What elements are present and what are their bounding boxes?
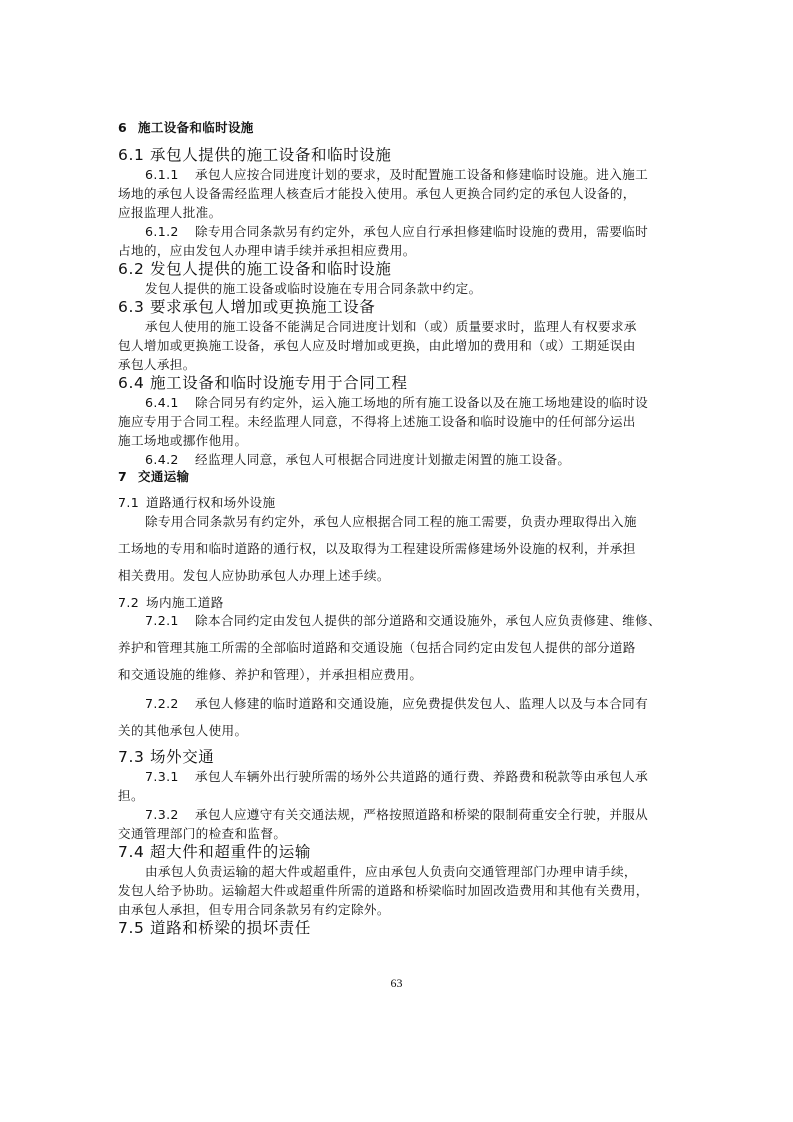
paragraph-6-3-line-1: 承包人使用的施工设备不能满足合同进度计划和（或）质量要求时，监理人有权要求承: [118, 319, 637, 335]
page-number: 63: [0, 976, 793, 991]
paragraph-6-3-line-3: 承包人承担。: [118, 357, 196, 373]
paragraph-6-4-1-line-1: 6.4.1除合同另有约定外，运入施工场地的所有施工设备以及在施工场地建设的临时设: [118, 395, 648, 411]
paragraph-7-2-1-line-3: 和交通设施的维修、养护和管理），并承担相应费用。: [118, 667, 422, 683]
paragraph-7-4-line-2: 发包人给予协助。运输超大件或超重件所需的道路和桥梁临时加固改造费用和其他有关费用…: [118, 883, 649, 899]
paragraph-6-3-line-2: 包人增加或更换施工设备，承包人应及时增加或更换，由此增加的费用和（或）工期延误由: [118, 338, 636, 354]
section-heading-6-2: 6.2发包人提供的施工设备和临时设施: [118, 260, 392, 279]
section-heading-7: 7交通运输: [118, 469, 189, 485]
section-heading-7-3: 7.3场外交通: [118, 748, 214, 767]
paragraph-7-2-1-line-1: 7.2.1除本合同约定由发包人提供的部分道路和交通设施外，承包人应负责修建、维修…: [118, 613, 661, 629]
section-heading-6: 6施工设备和临时设施: [118, 120, 254, 136]
paragraph-7-4-line-3: 由承包人承担，但专用合同条款另有约定除外。: [118, 902, 390, 918]
paragraph-7-3-1-line-2: 担。: [118, 788, 144, 804]
paragraph-6-1-1-line-3: 应报监理人批准。: [118, 205, 222, 221]
paragraph-6-1-2-line-1: 6.1.2除专用合同条款另有约定外，承包人应自行承担修建临时设施的费用，需要临时: [118, 224, 648, 240]
paragraph-6-1-1-line-1: 6.1.1承包人应按合同进度计划的要求，及时配置施工设备和修建临时设施。进入施工: [118, 167, 648, 183]
section-heading-7-2: 7.2场内施工道路: [118, 595, 224, 611]
paragraph-6-1-2-line-2: 占地的，应由发包人办理申请手续并承担相应费用。: [118, 243, 416, 259]
paragraph-6-4-1-line-2: 施应专用于合同工程。未经监理人同意，不得将上述施工设备和临时设施中的任何部分运出: [118, 414, 636, 430]
paragraph-7-2-2-line-2: 关的其他承包人使用。: [118, 723, 247, 739]
section-heading-7-5: 7.5道路和桥梁的损坏责任: [118, 919, 311, 938]
paragraph-6-4-2-line-1: 6.4.2经监理人同意，承包人可根据合同进度计划撤走闲置的施工设备。: [118, 452, 570, 468]
section-heading-6-4: 6.4施工设备和临时设施专用于合同工程: [118, 374, 408, 393]
section-heading-6-3: 6.3要求承包人增加或更换施工设备: [118, 298, 375, 317]
paragraph-6-1-1-line-2: 场地的承包人设备需经监理人核查后才能投入使用。承包人更换合同约定的承包人设备的，: [118, 186, 636, 202]
paragraph-7-3-2-line-1: 7.3.2承包人应遵守有关交通法规，严格按照道路和桥梁的限制荷重安全行驶，并服从: [118, 807, 648, 823]
section-heading-6-1: 6.1承包人提供的施工设备和临时设施: [118, 146, 392, 165]
paragraph-7-1-line-2: 工场地的专用和临时道路的通行权，以及取得为工程建设所需修建场外设施的权利，并承担: [118, 541, 636, 557]
paragraph-7-3-2-line-2: 交通管理部门的检查和监督。: [118, 826, 286, 842]
section-heading-7-1: 7.1道路通行权和场外设施: [118, 495, 275, 511]
paragraph-6-2-line-1: 发包人提供的施工设备或临时设施在专用合同条款中约定。: [118, 281, 482, 297]
paragraph-7-1-line-1: 除专用合同条款另有约定外，承包人应根据合同工程的施工需要，负责办理取得出入施: [118, 514, 637, 530]
paragraph-7-4-line-1: 由承包人负责运输的超大件或超重件，应由承包人负责向交通管理部门办理申请手续，: [118, 864, 637, 880]
paragraph-7-2-2-line-1: 7.2.2承包人修建的临时道路和交通设施，应免费提供发包人、监理人以及与本合同有: [118, 696, 648, 712]
paragraph-7-3-1-line-1: 7.3.1承包人车辆外出行驶所需的场外公共道路的通行费、养路费和税款等由承包人承: [118, 769, 648, 785]
section-heading-7-4: 7.4超大件和超重件的运输: [118, 843, 311, 862]
paragraph-7-1-line-3: 相关费用。发包人应协助承包人办理上述手续。: [118, 568, 390, 584]
paragraph-7-2-1-line-2: 养护和管理其施工所需的全部临时道路和交通设施（包括合同约定由发包人提供的部分道路: [118, 640, 636, 656]
paragraph-6-4-1-line-3: 施工场地或挪作他用。: [118, 433, 247, 449]
